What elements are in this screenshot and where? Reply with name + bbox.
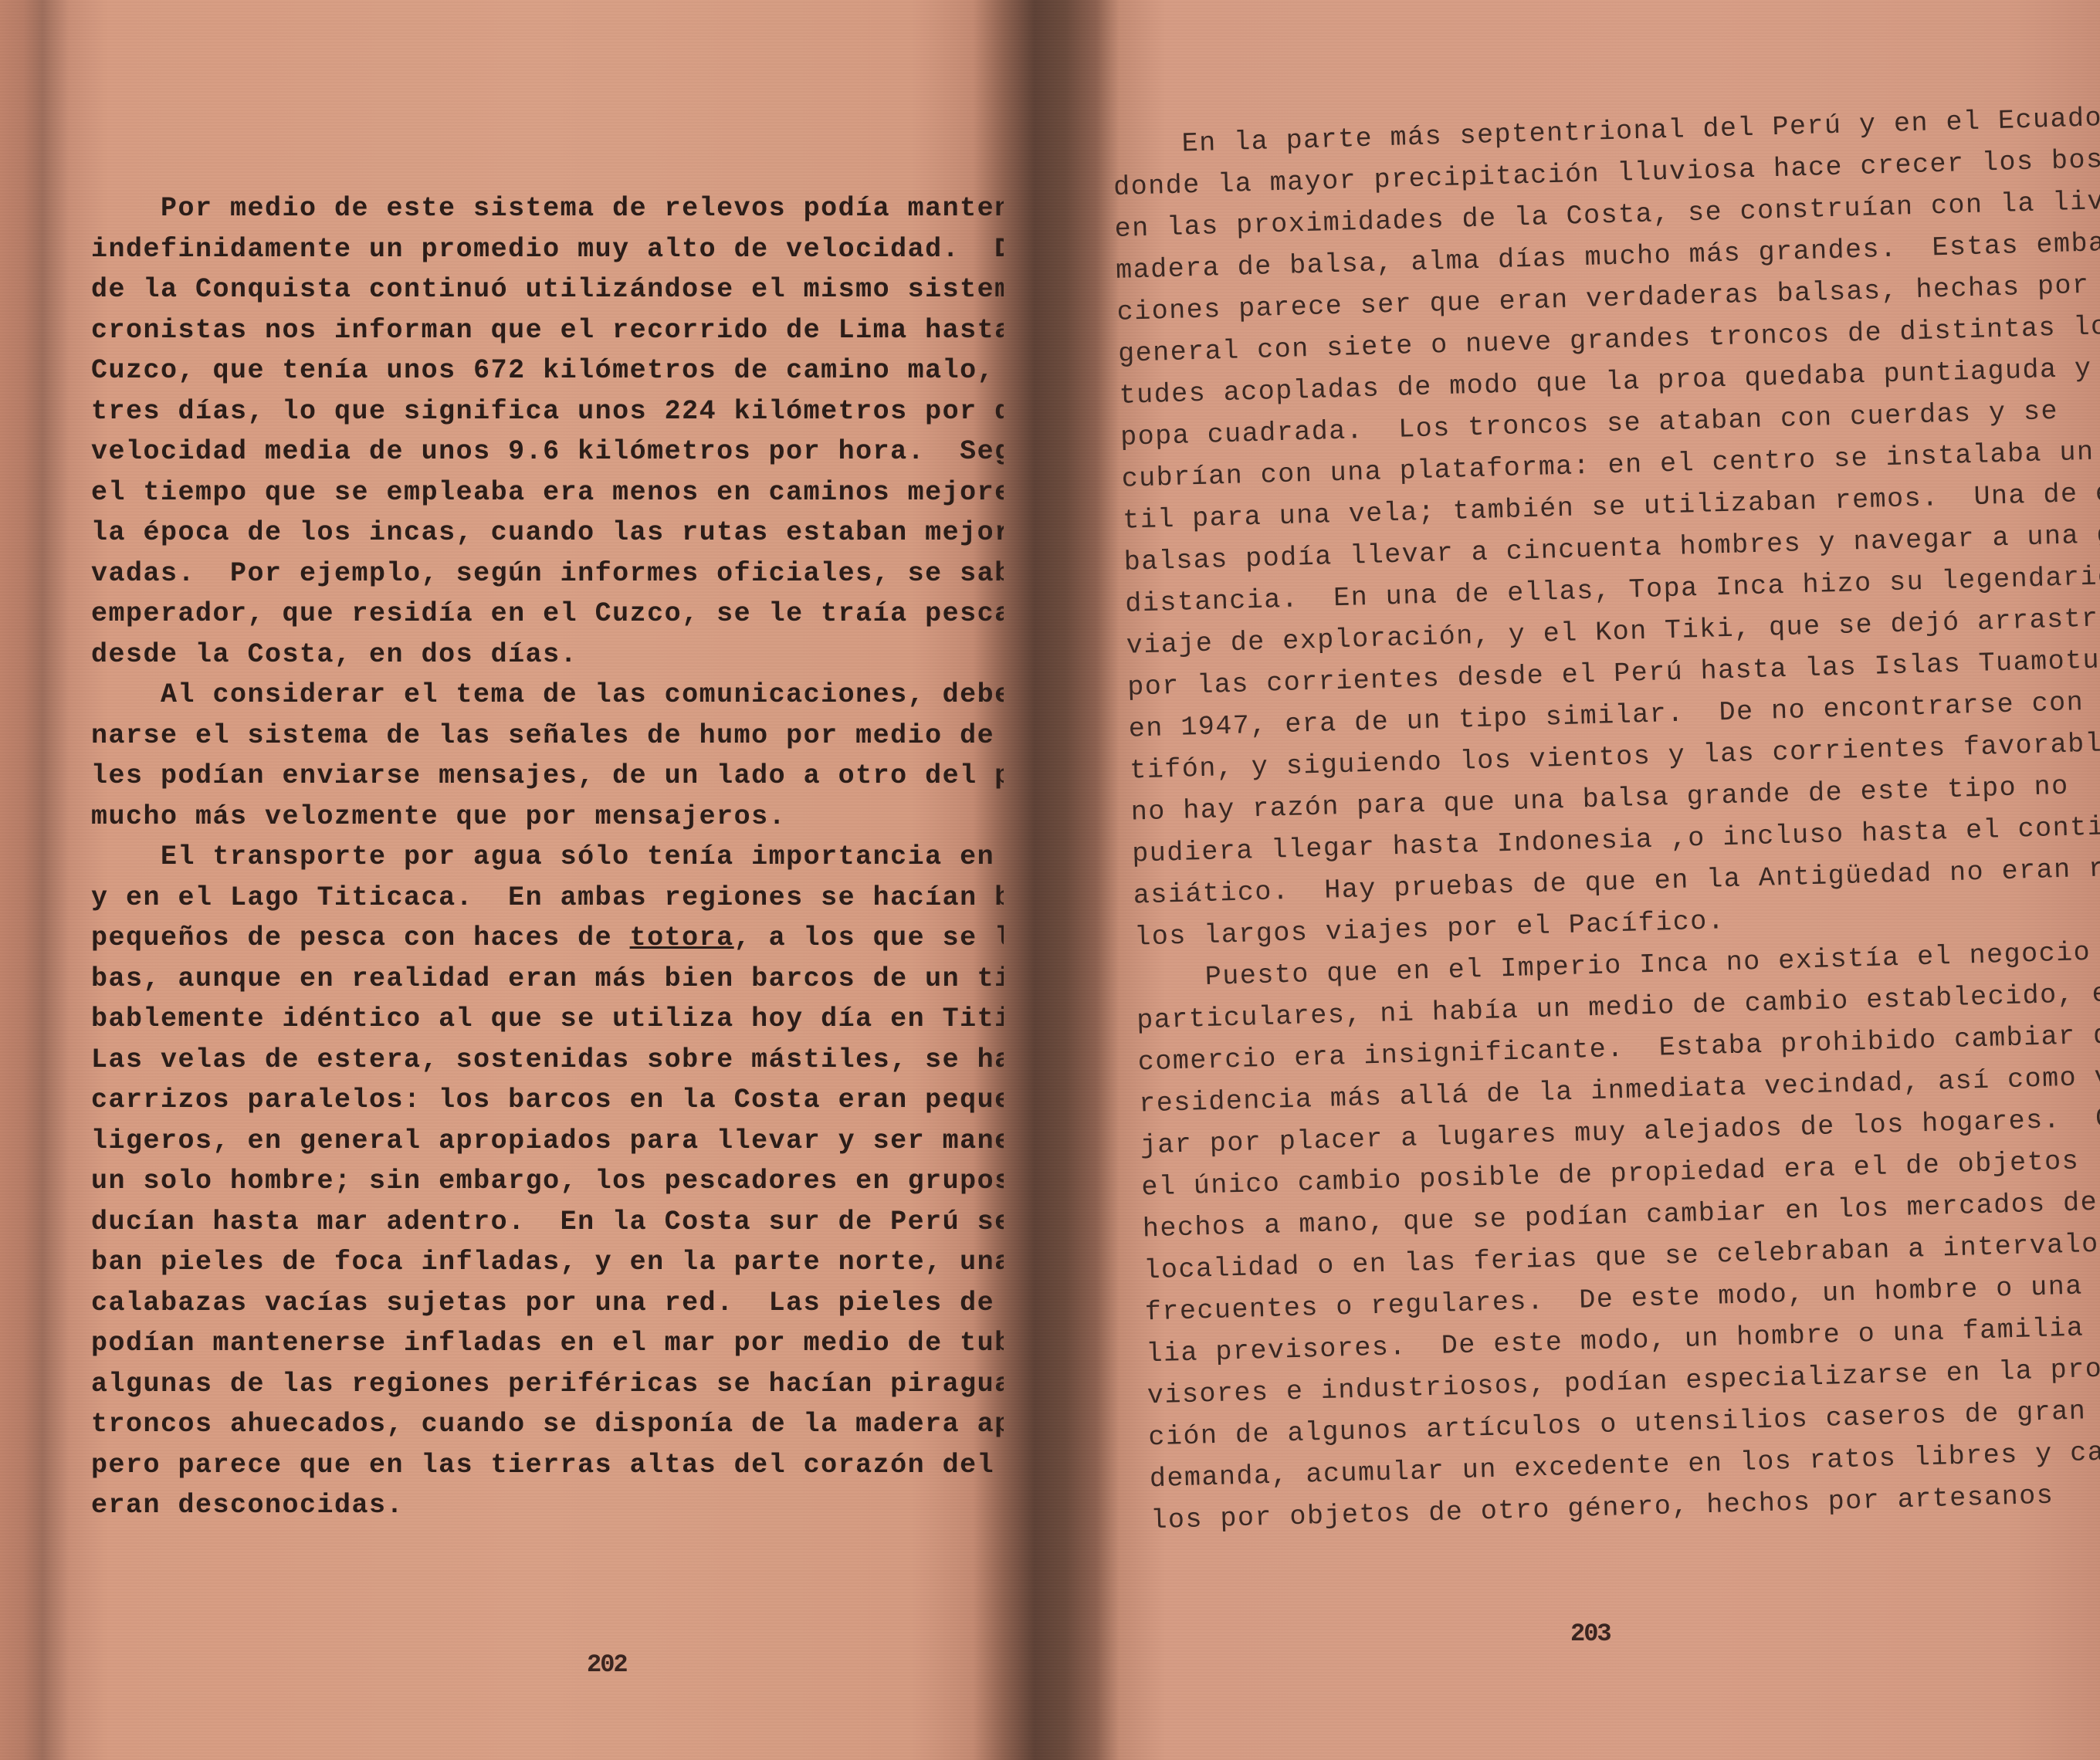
text-segment: , a los que se ll [734, 922, 1004, 953]
right-page-text: En la parte más septentrional del Perú y… [1112, 96, 2100, 1542]
text-line: ligeros, en general apropiados para llev… [91, 1121, 1004, 1162]
text-line: vadas. Por ejemplo, según informes ofici… [91, 553, 1004, 594]
text-line: eran desconocidas. [91, 1485, 1004, 1526]
text-line: de la Conquista continuó utilizándose el… [91, 269, 1004, 310]
text-line: pequeños de pesca con haces de totora, a… [91, 918, 1004, 959]
text-line: cronistas nos informan que el recorrido … [91, 310, 1004, 351]
text-line: algunas de las regiones periféricas se h… [91, 1364, 1004, 1405]
text-line: carrizos paralelos: los barcos en la Cos… [91, 1080, 1004, 1121]
text-line: mucho más velozmente que por mensajeros. [91, 797, 1004, 838]
text-line: podían mantenerse infladas en el mar por… [91, 1323, 1004, 1364]
text-line: Por medio de este sistema de relevos pod… [91, 188, 1004, 229]
page-number-right: 203 [1570, 1620, 1611, 1648]
left-page: Por medio de este sistema de relevos pod… [0, 0, 1004, 1760]
text-segment: pequeños de pesca con haces de [91, 922, 630, 953]
book-gutter [1004, 0, 1096, 1760]
text-line: El transporte por agua sólo tenía import… [91, 837, 1004, 878]
right-page: En la parte más septentrional del Perú y… [1096, 0, 2100, 1760]
text-line: les podían enviarse mensajes, de un lado… [91, 756, 1004, 797]
text-line: tres días, lo que significa unos 224 kil… [91, 391, 1004, 432]
text-line: bablemente idéntico al que se utiliza ho… [91, 999, 1004, 1040]
text-line: la época de los incas, cuando las rutas … [91, 513, 1004, 553]
text-line: troncos ahuecados, cuando se disponía de… [91, 1404, 1004, 1445]
text-line: narse el sistema de las señales de humo … [91, 716, 1004, 756]
text-line: emperador, que residía en el Cuzco, se l… [91, 594, 1004, 635]
text-line: un solo hombre; sin embargo, los pescado… [91, 1161, 1004, 1202]
page-number-left: 202 [587, 1650, 627, 1679]
text-line: ban pieles de foca infladas, y en la par… [91, 1242, 1004, 1283]
text-line: calabazas vacías sujetas por una red. La… [91, 1283, 1004, 1324]
text-line: el tiempo que se empleaba era menos en c… [91, 472, 1004, 513]
text-line: Al considerar el tema de las comunicacio… [91, 675, 1004, 716]
text-line: velocidad media de unos 9.6 kilómetros p… [91, 432, 1004, 472]
text-line: desde la Costa, en dos días. [91, 635, 1004, 675]
book-spread: Por medio de este sistema de relevos pod… [0, 0, 2100, 1760]
underlined-term: totora [630, 922, 734, 953]
text-line: Las velas de estera, sostenidas sobre má… [91, 1040, 1004, 1081]
left-page-text: Por medio de este sistema de relevos pod… [91, 188, 1004, 1526]
text-line: y en el Lago Titicaca. En ambas regiones… [91, 878, 1004, 919]
text-line: Cuzco, que tenía unos 672 kilómetros de … [91, 350, 1004, 391]
text-line: indefinidamente un promedio muy alto de … [91, 229, 1004, 270]
text-line: pero parece que en las tierras altas del… [91, 1445, 1004, 1486]
text-line: ducían hasta mar adentro. En la Costa su… [91, 1202, 1004, 1243]
text-line: bas, aunque en realidad eran más bien ba… [91, 959, 1004, 1000]
